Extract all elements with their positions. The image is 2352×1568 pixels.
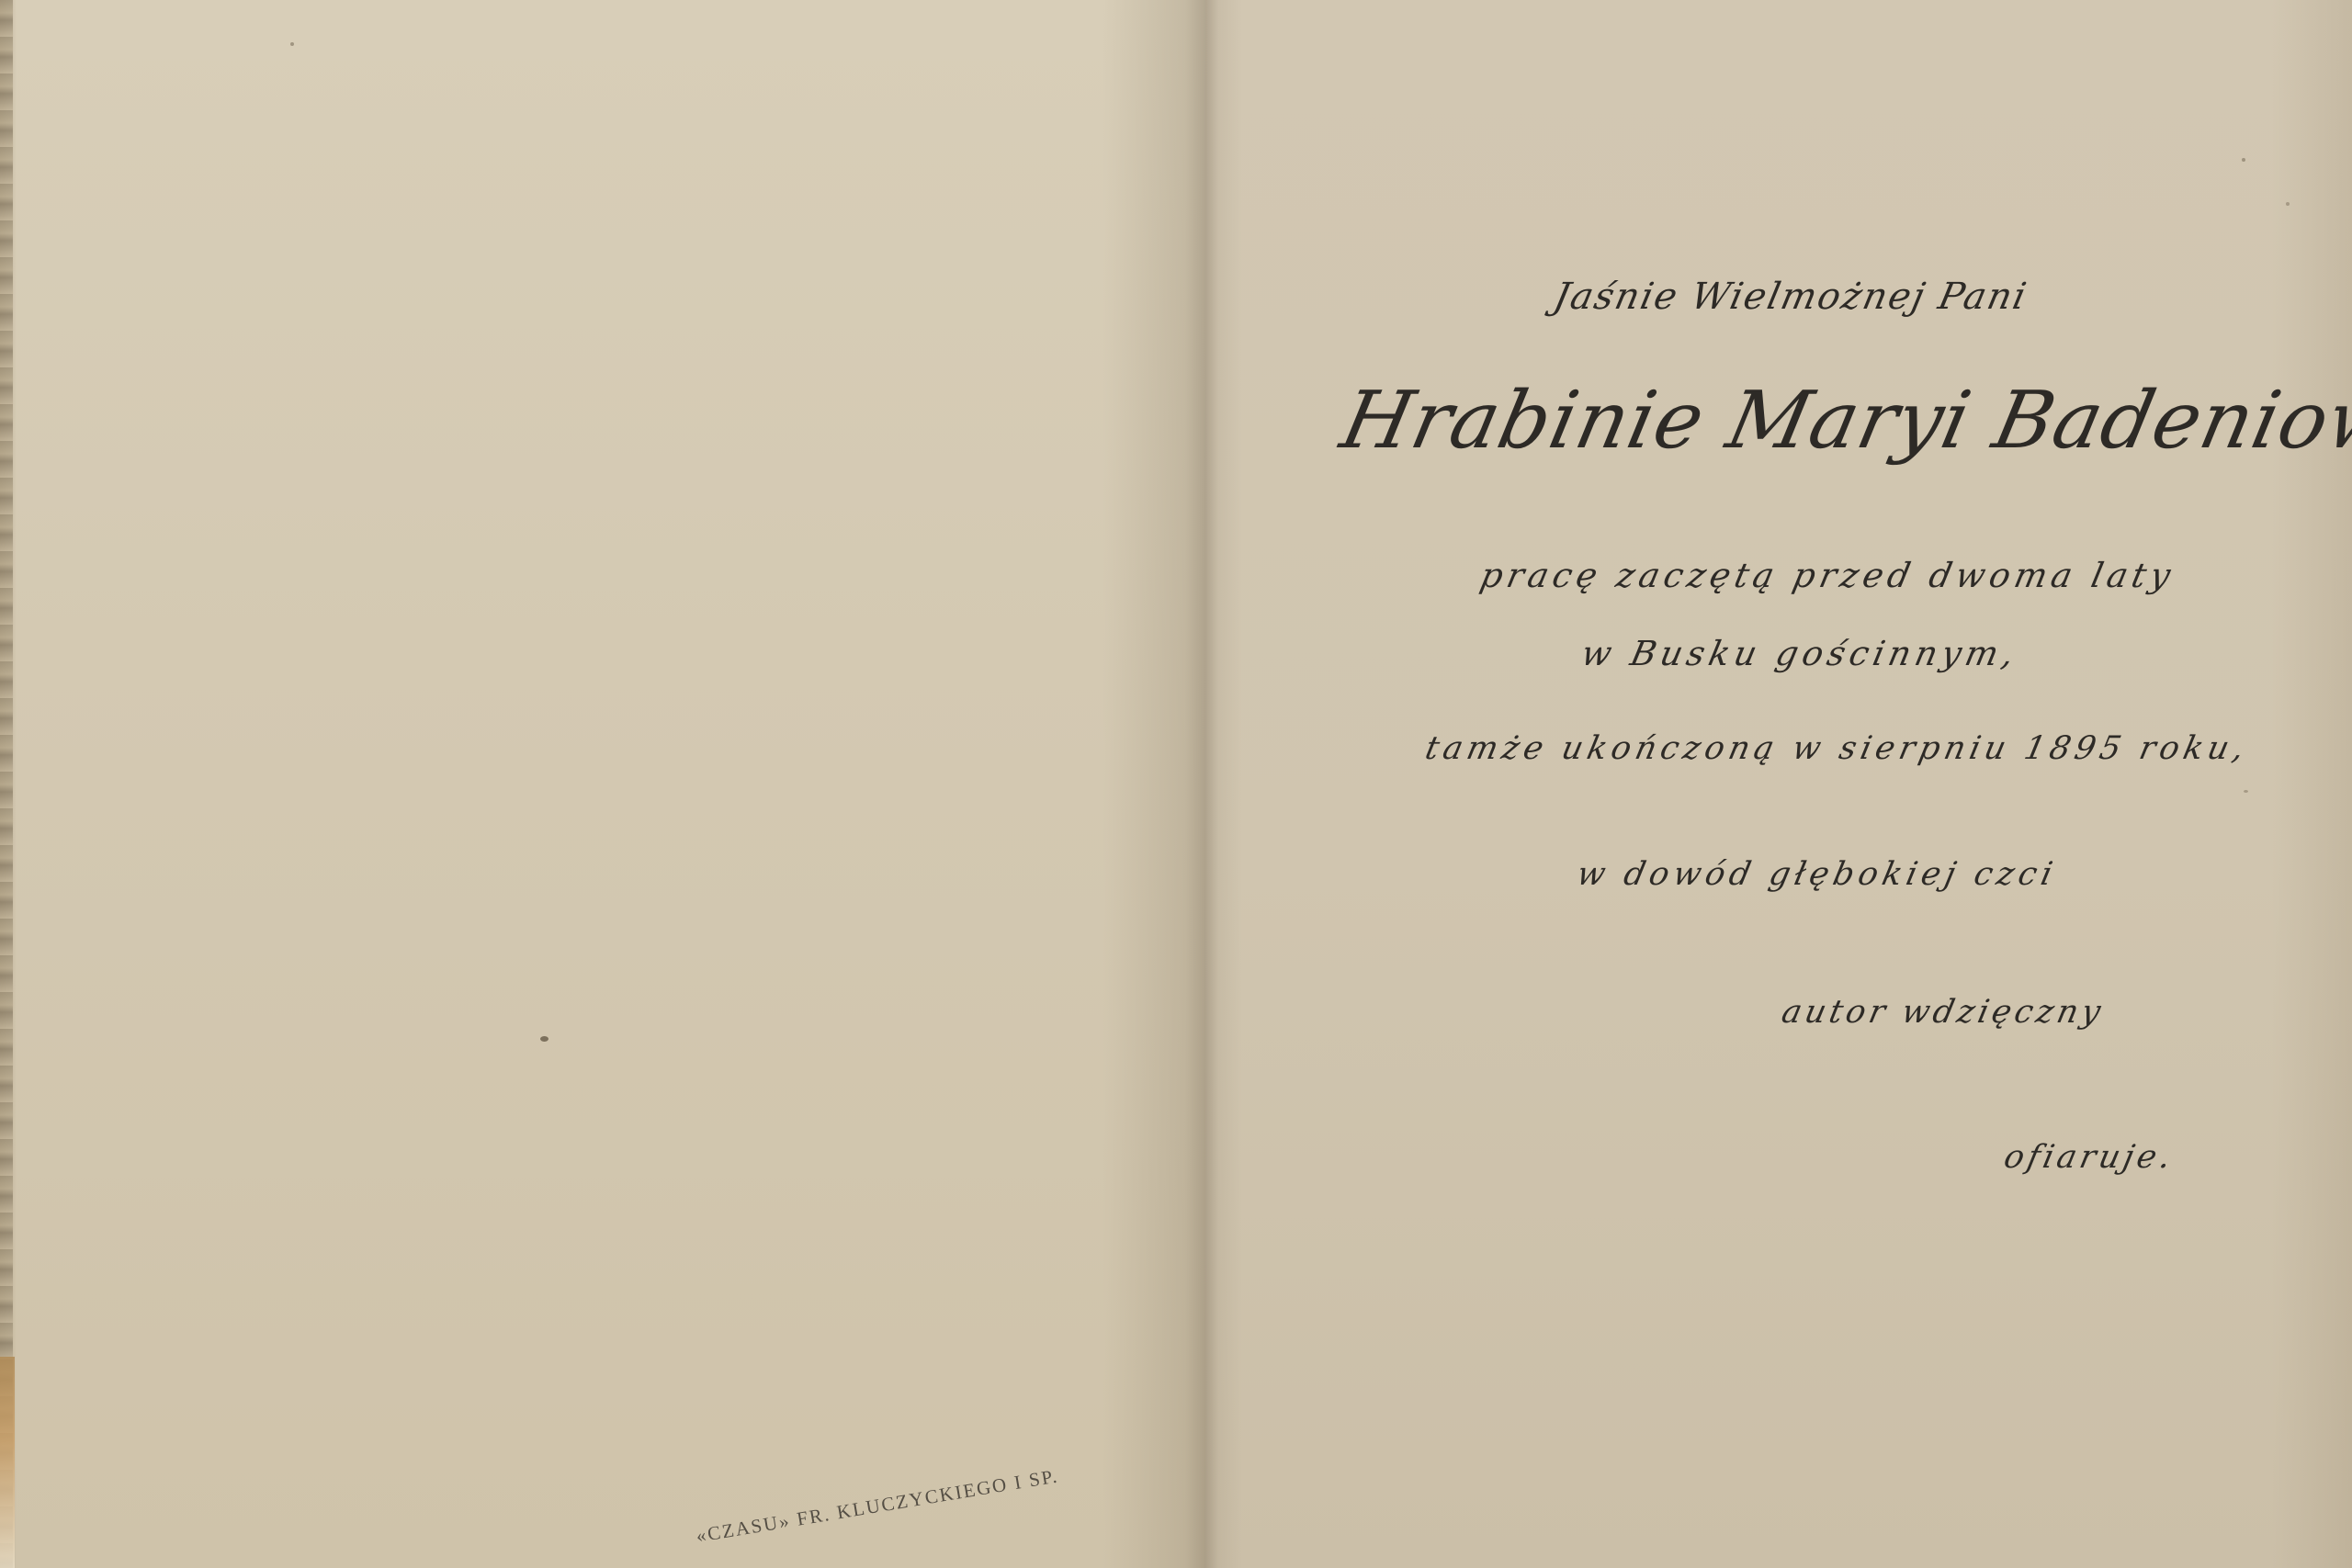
dedication-recipient: Hrabinie Maryi Badeniowej	[1333, 375, 2352, 467]
dedication-block: Jaśnie Wielmożnej Pani Hrabinie Maryi Ba…	[1205, 0, 2352, 1568]
left-page-edge	[0, 0, 13, 1568]
paper-speck	[540, 1036, 548, 1042]
book-spread: «CZASU» FR. KLUCZYCKIEGO I SP. Jaśnie Wi…	[0, 0, 2352, 1568]
dedication-salutation: Jaśnie Wielmożnej Pani	[1550, 276, 2031, 318]
paper-speck	[290, 42, 294, 46]
left-page: «CZASU» FR. KLUCZYCKIEGO I SP.	[0, 0, 1205, 1568]
dedication-signoff: autor wdzięczny	[1779, 994, 2108, 1031]
dedication-line: w dowód głębokiej czci	[1574, 856, 2061, 893]
dedication-line: pracę zaczętą przed dwoma laty	[1476, 556, 2178, 595]
dedication-signoff: ofiaruje.	[2001, 1139, 2178, 1176]
left-page-edge-stain	[0, 1357, 15, 1568]
printer-imprint: «CZASU» FR. KLUCZYCKIEGO I SP.	[695, 1464, 1060, 1548]
dedication-line: tamże ukończoną w sierpniu 1895 roku,	[1422, 730, 2252, 767]
dedication-line: w Busku gościnnym,	[1577, 634, 2022, 673]
